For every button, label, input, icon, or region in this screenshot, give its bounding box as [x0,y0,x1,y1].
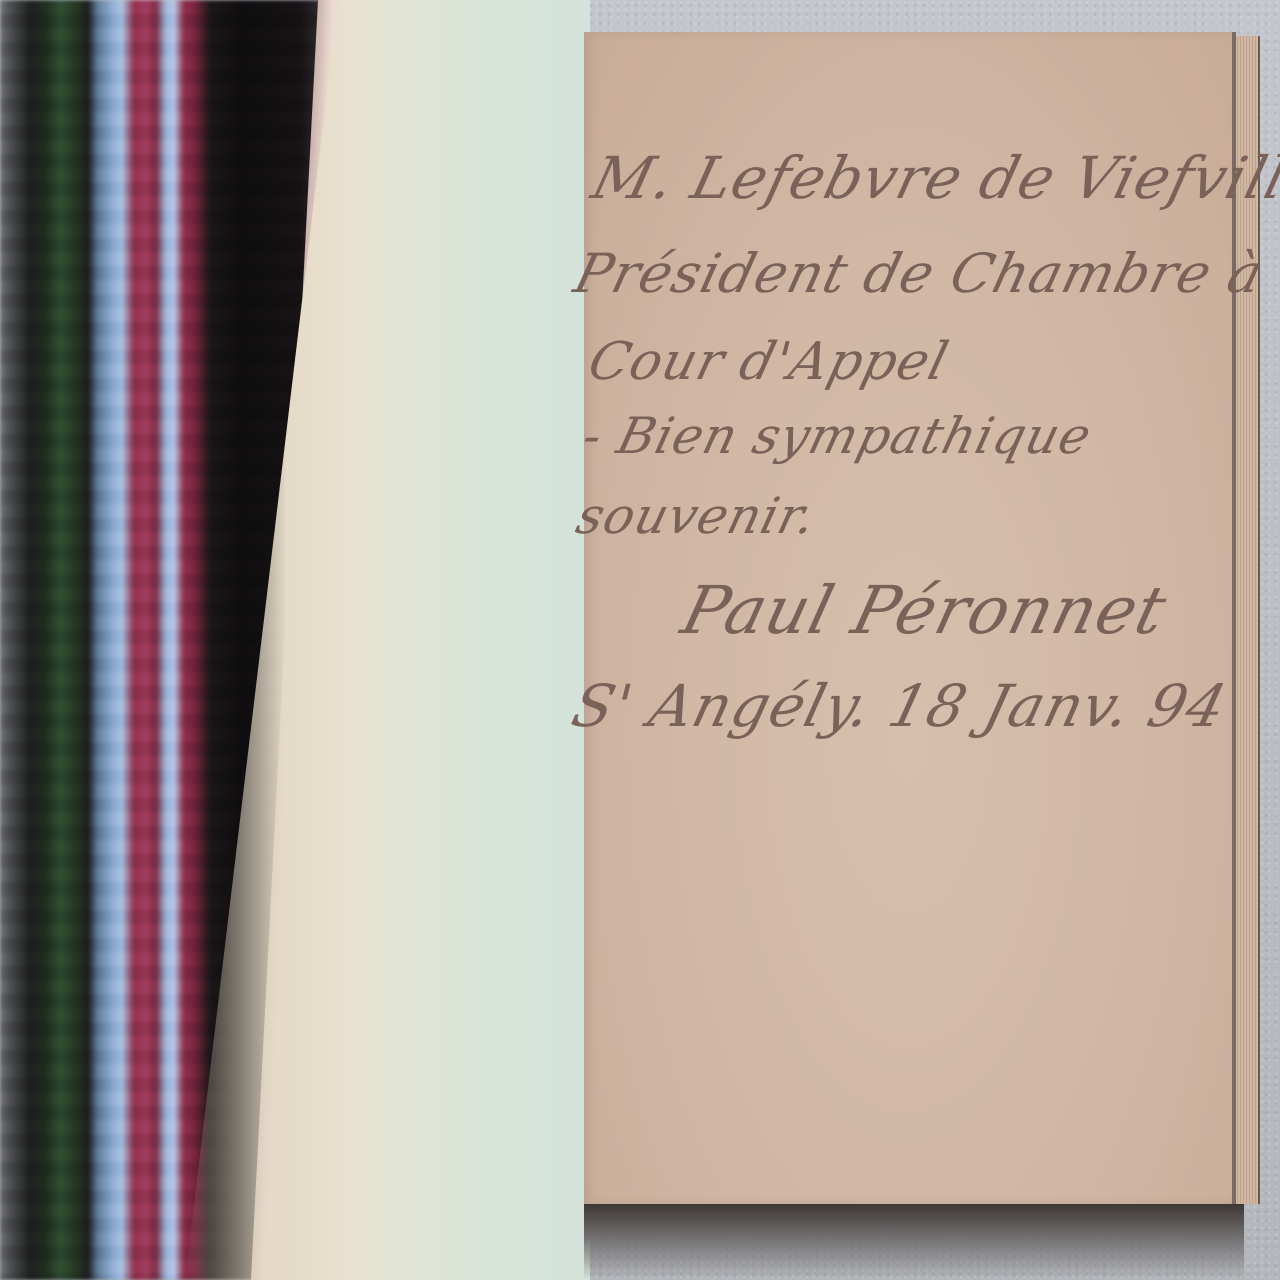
inscription-recipient: M. Lefebvre de Viefville [586,144,1280,212]
mint-flyleaf [345,0,590,1280]
inscription-title: Président de Chambre à [568,242,1270,305]
inscription-signature: Paul Péronnet [674,572,1174,649]
handwritten-inscription: M. Lefebvre de Viefville Président de Ch… [584,32,1232,1204]
inscription-souvenir: souvenir. [571,487,823,545]
page-bottom-shadow [584,1204,1244,1280]
inscription-court: Cour d'Appel [583,332,955,392]
inscription-place-date: S' Angély. 18 Janv. 94 [566,672,1234,740]
book-photo: M. Lefebvre de Viefville Président de Ch… [0,0,1280,1280]
inscription-sentiment: - Bien sympathique [577,407,1098,465]
